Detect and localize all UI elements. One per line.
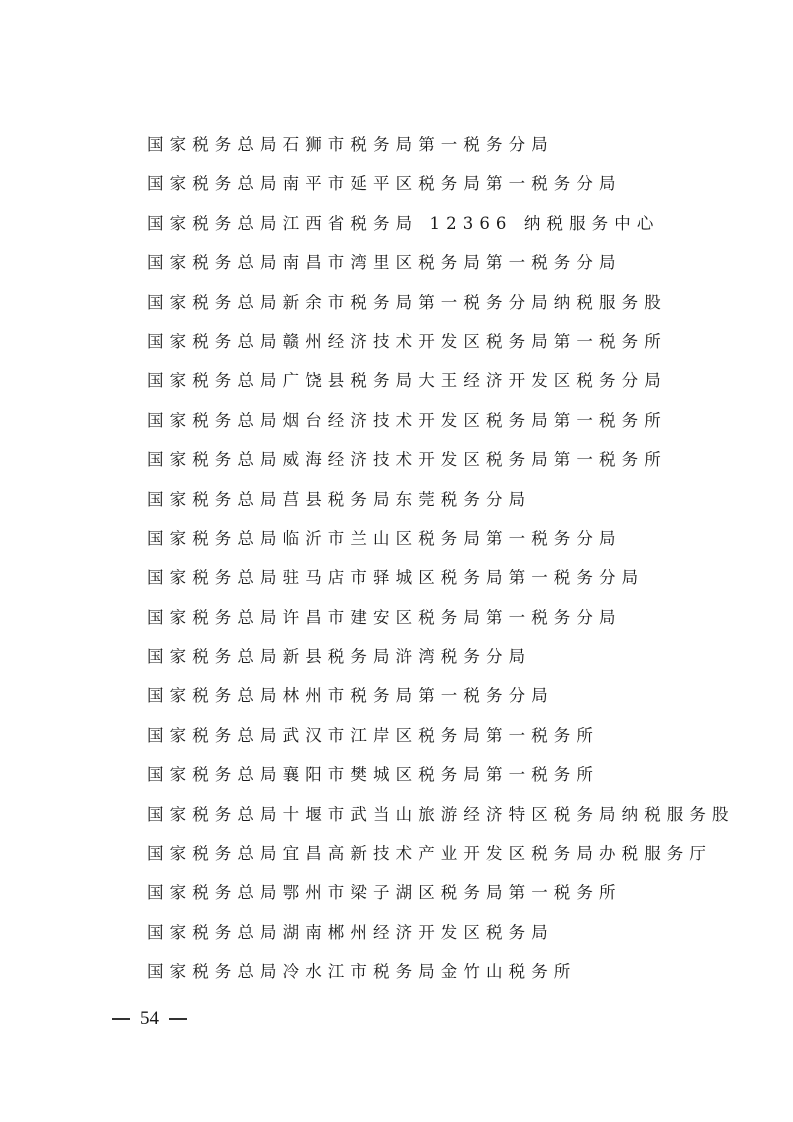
list-item: 国家税务总局南昌市湾里区税务局第一税务分局 <box>147 252 735 291</box>
list-item: 国家税务总局新余市税务局第一税务分局纳税服务股 <box>147 292 735 331</box>
list-item: 国家税务总局临沂市兰山区税务局第一税务分局 <box>147 528 735 567</box>
list-item: 国家税务总局驻马店市驿城区税务局第一税务分局 <box>147 567 735 606</box>
tax-office-list: 国家税务总局石狮市税务局第一税务分局 国家税务总局南平市延平区税务局第一税务分局… <box>147 134 735 1001</box>
list-item: 国家税务总局宜昌高新技术产业开发区税务局办税服务厅 <box>147 843 735 882</box>
list-item: 国家税务总局莒县税务局东莞税务分局 <box>147 489 735 528</box>
dash-left <box>112 1018 130 1020</box>
list-item: 国家税务总局武汉市江岸区税务局第一税务所 <box>147 725 735 764</box>
list-item: 国家税务总局新县税务局浒湾税务分局 <box>147 646 735 685</box>
list-item: 国家税务总局赣州经济技术开发区税务局第一税务所 <box>147 331 735 370</box>
list-item: 国家税务总局襄阳市樊城区税务局第一税务所 <box>147 764 735 803</box>
list-item: 国家税务总局鄂州市梁子湖区税务局第一税务所 <box>147 882 735 921</box>
list-item: 国家税务总局江西省税务局 12366 纳税服务中心 <box>147 213 735 252</box>
page-number: 54 <box>112 1006 187 1032</box>
list-item: 国家税务总局湖南郴州经济开发区税务局 <box>147 922 735 961</box>
page-number-value: 54 <box>140 1008 159 1030</box>
dash-right <box>169 1018 187 1020</box>
list-item: 国家税务总局威海经济技术开发区税务局第一税务所 <box>147 449 735 488</box>
list-item: 国家税务总局十堰市武当山旅游经济特区税务局纳税服务股 <box>147 804 735 843</box>
list-item: 国家税务总局南平市延平区税务局第一税务分局 <box>147 173 735 212</box>
list-item: 国家税务总局林州市税务局第一税务分局 <box>147 685 735 724</box>
document-page: 国家税务总局石狮市税务局第一税务分局 国家税务总局南平市延平区税务局第一税务分局… <box>0 0 793 1122</box>
list-item: 国家税务总局烟台经济技术开发区税务局第一税务所 <box>147 410 735 449</box>
list-item: 国家税务总局冷水江市税务局金竹山税务所 <box>147 961 735 1000</box>
list-item: 国家税务总局广饶县税务局大王经济开发区税务分局 <box>147 370 735 409</box>
list-item: 国家税务总局石狮市税务局第一税务分局 <box>147 134 735 173</box>
list-item: 国家税务总局许昌市建安区税务局第一税务分局 <box>147 607 735 646</box>
